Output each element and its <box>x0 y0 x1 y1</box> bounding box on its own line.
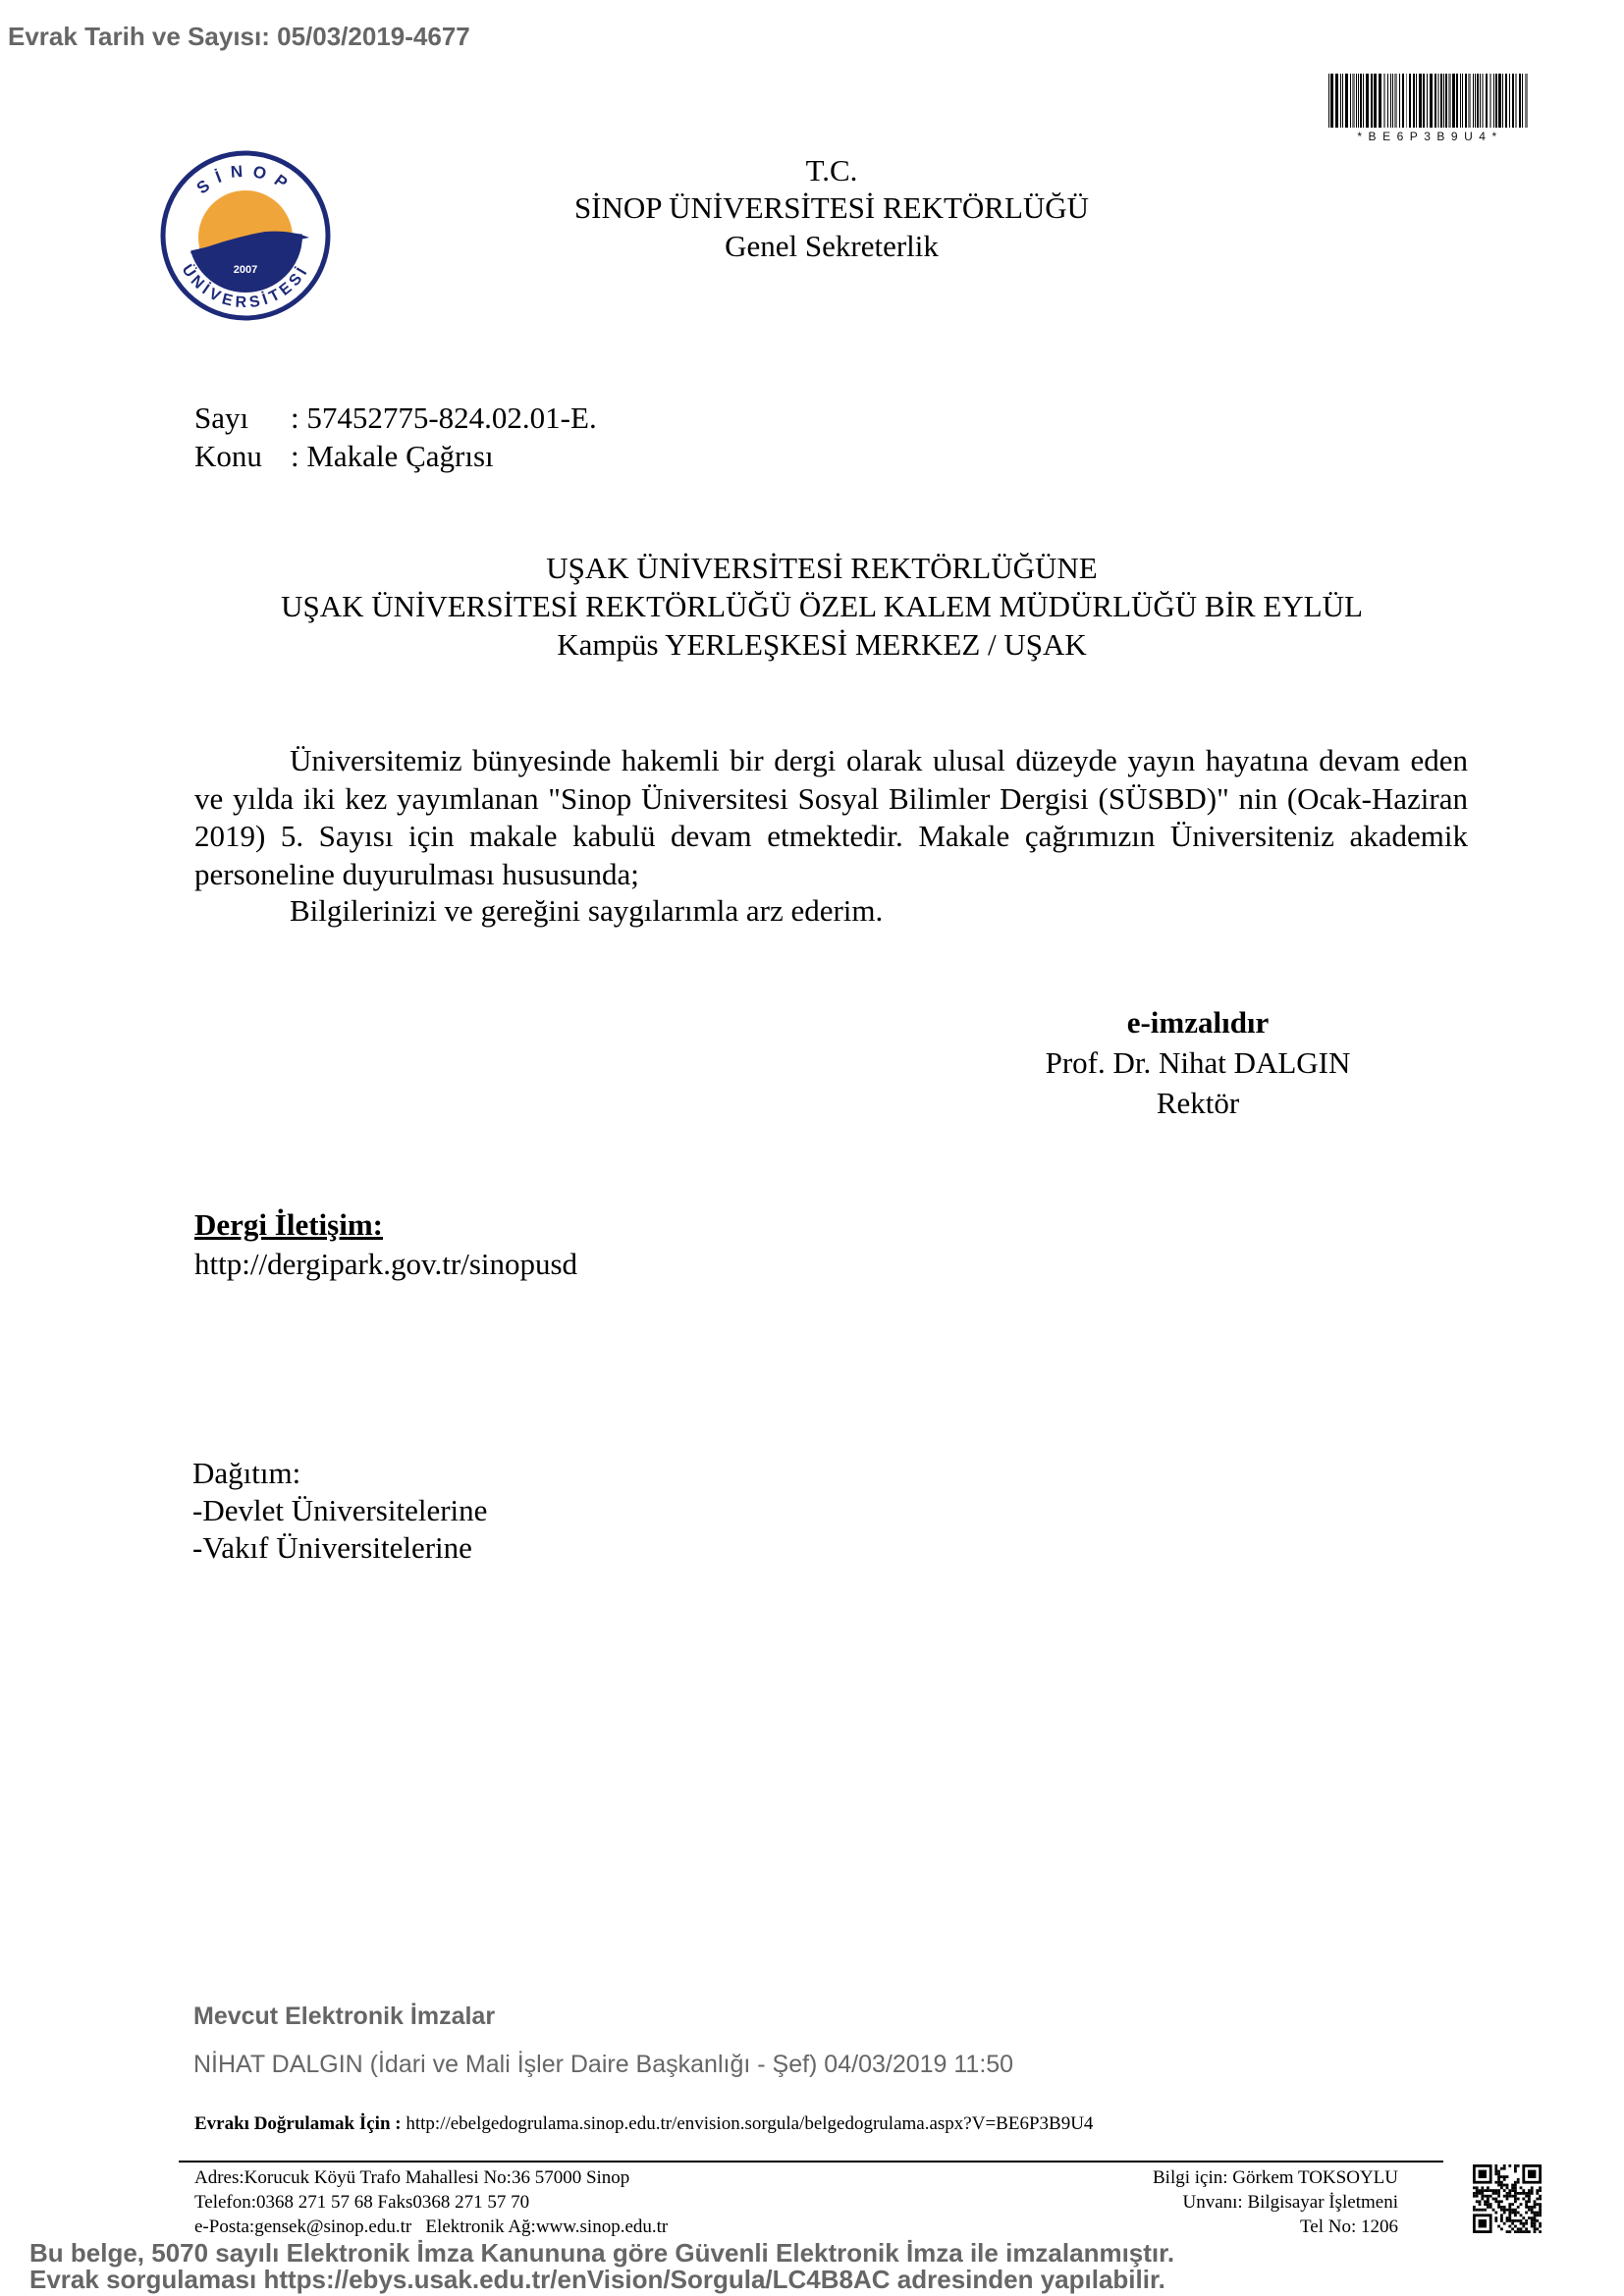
journal-contact-heading: Dergi İletişim: <box>194 1207 383 1243</box>
subject-row: Konu: Makale Çağrısı <box>194 439 494 474</box>
footer-address: Adres:Korucuk Köyü Trafo Mahallesi No:36… <box>194 2167 629 2189</box>
signature-status: e-imzalıdır <box>992 1005 1404 1041</box>
verification-label: Evrakı Doğrulamak İçin : <box>194 2113 402 2134</box>
verification-link[interactable]: http://ebelgedogrulama.sinop.edu.tr/envi… <box>406 2113 1093 2134</box>
subject-label: Konu <box>194 439 291 474</box>
svg-text:2007: 2007 <box>234 264 257 276</box>
document-number-label: Sayı <box>194 400 291 436</box>
footer-divider <box>179 2161 1443 2163</box>
legal-notice-line-1: Bu belge, 5070 sayılı Elektronik İmza Ka… <box>29 2240 1174 2267</box>
distribution-item: -Vakıf Üniversitelerine <box>192 1530 472 1566</box>
header-department: Genel Sekreterlik <box>0 229 1624 264</box>
distribution-title: Dağıtım: <box>192 1456 300 1491</box>
footer-contact-title: Unvanı: Bilgisayar İşletmeni <box>1182 2192 1398 2214</box>
legal-notice-stamp: Bu belge, 5070 sayılı Elektronik İmza Ka… <box>29 2240 1174 2293</box>
header-country: T.C. <box>0 153 1624 188</box>
document-number-row: Sayı: 57452775-824.02.01-E. <box>194 400 597 436</box>
header-institution: SİNOP ÜNİVERSİTESİ REKTÖRLÜĞÜ <box>0 190 1624 226</box>
body-paragraph: Üniversitemiz bünyesinde hakemli bir der… <box>194 742 1468 894</box>
footer-contact-phone: Tel No: 1206 <box>1300 2216 1398 2238</box>
document-date-number-stamp: Evrak Tarih ve Sayısı: 05/03/2019-4677 <box>8 22 470 52</box>
distribution-item: -Devlet Üniversitelerine <box>192 1493 487 1528</box>
footer-contact-person: Bilgi için: Görkem TOKSOYLU <box>1153 2167 1398 2189</box>
electronic-signatures-title: Mevcut Elektronik İmzalar <box>193 2002 495 2031</box>
journal-contact-link[interactable]: http://dergipark.gov.tr/sinopusd <box>194 1247 577 1282</box>
signatory-title: Rektör <box>992 1086 1404 1121</box>
footer-phone: Telefon:0368 271 57 68 Faks0368 271 57 7… <box>194 2192 529 2214</box>
electronic-signature-entry: NİHAT DALGIN (İdari ve Mali İşler Daire … <box>193 2051 1013 2079</box>
recipient-line-1: UŞAK ÜNİVERSİTESİ REKTÖRLÜĞÜNE <box>10 551 1624 586</box>
barcode-text: *BE6P3B9U4* <box>1328 130 1532 143</box>
document-number-value: : 57452775-824.02.01-E. <box>291 400 597 435</box>
footer-email-web: e-Posta:gensek@sinop.edu.tr Elektronik A… <box>194 2216 668 2238</box>
recipient-line-3: Kampüs YERLEŞKESİ MERKEZ / UŞAK <box>10 627 1624 663</box>
signatory-name: Prof. Dr. Nihat DALGIN <box>992 1045 1404 1081</box>
body-closing: Bilgilerinizi ve gereğini saygılarımla a… <box>290 893 883 929</box>
verification-row: Evrakı Doğrulamak İçin : http://ebelgedo… <box>194 2113 1093 2135</box>
barcode-bars-icon <box>1328 74 1532 128</box>
legal-notice-line-2: Evrak sorgulaması https://ebys.usak.edu.… <box>29 2267 1174 2293</box>
subject-value: : Makale Çağrısı <box>291 439 494 473</box>
recipient-line-2: UŞAK ÜNİVERSİTESİ REKTÖRLÜĞÜ ÖZEL KALEM … <box>10 589 1624 624</box>
qr-code-icon <box>1473 2164 1542 2233</box>
barcode: *BE6P3B9U4* <box>1328 74 1532 142</box>
